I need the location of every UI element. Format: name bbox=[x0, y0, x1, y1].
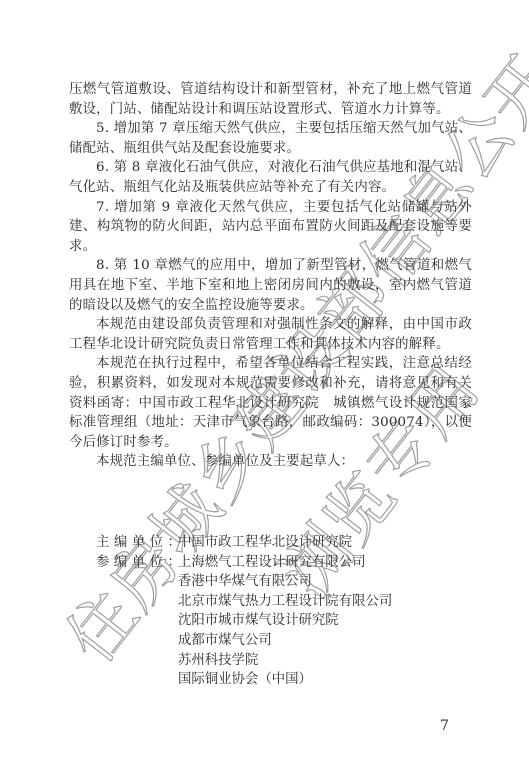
document-body: 压燃气管道敷设、管道结构设计和新型管材，补充了地上燃气管道敷设，门站、储配站设计… bbox=[69, 80, 472, 472]
participants-label: 参编单位： bbox=[96, 553, 178, 573]
paragraph-continued-pipeline: 压燃气管道敷设、管道结构设计和新型管材，补充了地上燃气管道敷设，门站、储配站设计… bbox=[69, 80, 472, 119]
page-number: 7 bbox=[440, 718, 449, 734]
paragraph-feedback: 本规范在执行过程中，希望各单位结合工程实践，注意总结经验，积累资料，如发现对本规… bbox=[69, 354, 472, 452]
participant-name: 上海燃气工程设计研究有限公司 bbox=[178, 553, 365, 573]
paragraph-item-6: 6. 第 8 章液化石油气供应，对液化石油气供应基地和混气站、气化站、瓶组气化站… bbox=[69, 158, 472, 197]
participant-name: 成都市煤气公司 bbox=[96, 631, 392, 651]
chief-editor-label: 主编单位： bbox=[96, 533, 178, 553]
participants-row: 参编单位： 上海燃气工程设计研究有限公司 bbox=[96, 553, 392, 573]
paragraph-item-5: 5. 增加第 7 章压缩天然气供应，主要包括压缩天然气加气站、储配站、瓶组供气站… bbox=[69, 119, 472, 158]
participant-name: 国际铜业协会（中国） bbox=[96, 670, 392, 690]
participant-name: 沈阳市城市煤气设计研究院 bbox=[96, 611, 392, 631]
participant-name: 苏州科技学院 bbox=[96, 651, 392, 671]
chief-editor-row: 主编单位： 中国市政工程华北设计研究院 bbox=[96, 533, 392, 553]
paragraph-management: 本规范由建设部负责管理和对强制性条文的解释，由中国市政工程华北设计研究院负责日常… bbox=[69, 315, 472, 354]
participant-name: 北京市煤气热力工程设计院有限公司 bbox=[96, 592, 392, 612]
chief-editor-name: 中国市政工程华北设计研究院 bbox=[178, 533, 352, 553]
paragraph-units-intro: 本规范主编单位、参编单位及主要起草人： bbox=[69, 452, 472, 472]
participant-name: 香港中华煤气有限公司 bbox=[96, 572, 392, 592]
paragraph-item-8: 8. 第 10 章燃气的应用中，增加了新型管材，燃气管道和燃气用具在地下室、半地… bbox=[69, 256, 472, 315]
paragraph-item-7: 7. 增加第 9 章液化天然气供应，主要包括气化站储罐与站外建、构筑物的防火间距… bbox=[69, 198, 472, 257]
editing-units: 主编单位： 中国市政工程华北设计研究院 参编单位： 上海燃气工程设计研究有限公司… bbox=[96, 533, 392, 690]
